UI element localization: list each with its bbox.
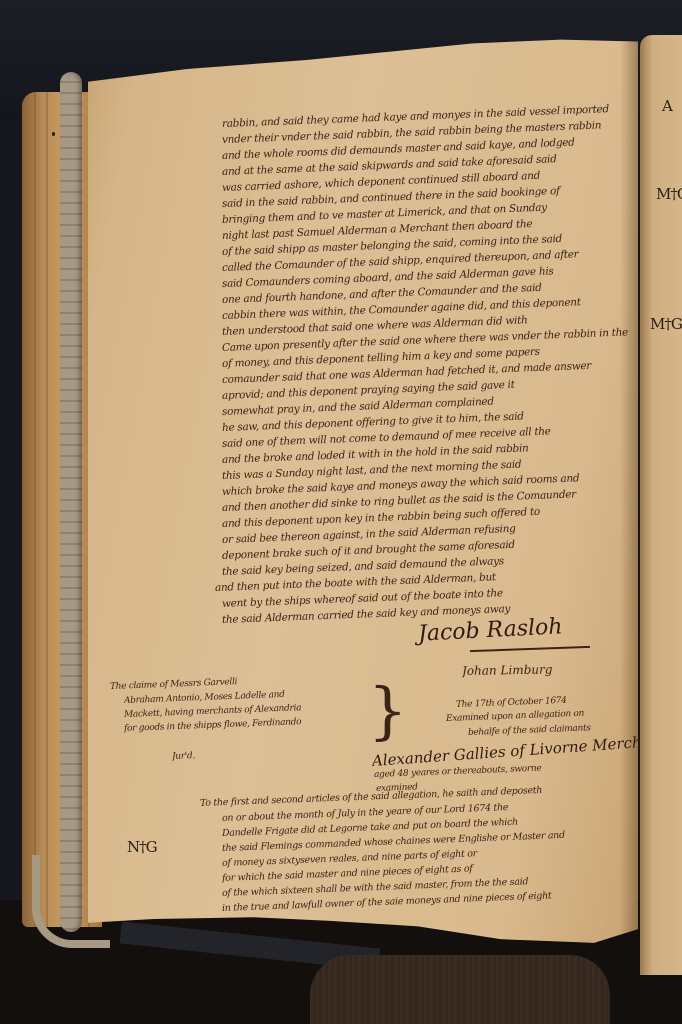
binding-thread [60, 72, 82, 932]
margin-mark-ntg: N†G [127, 838, 157, 856]
right-facing-page: A M†G M†G [640, 35, 682, 975]
right-margin-mark-1: A [662, 97, 672, 115]
signature-secondary: Johan Limburg [462, 662, 553, 678]
right-margin-mark-2: M†G [656, 185, 682, 203]
right-margin-mark-3: M†G [650, 315, 682, 333]
note-footnote: Jur'd. [172, 751, 195, 762]
cloth-support [310, 955, 610, 1024]
brace-icon: } [368, 680, 407, 742]
ink-stain [52, 132, 55, 136]
